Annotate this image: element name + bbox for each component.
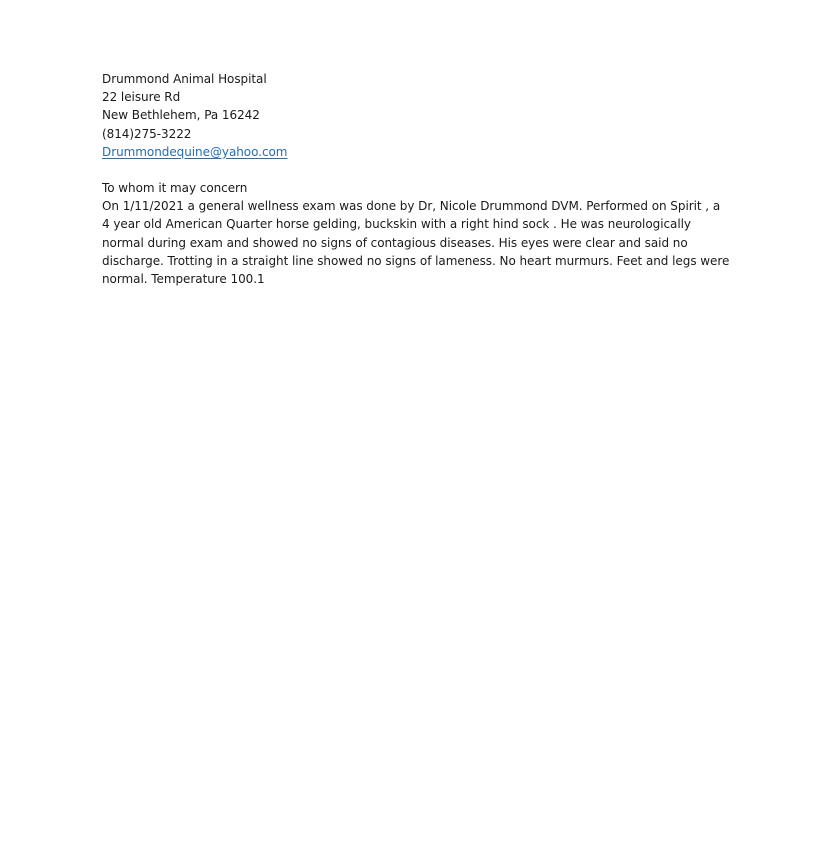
phone-number: (814)275-3222 [102,125,742,143]
letter-page: Drummond Animal Hospital 22 leisure Rd N… [102,70,742,288]
body-line: On 1/11/2021 a general wellness exam was… [102,197,742,215]
city-state-zip: New Bethlehem, Pa 16242 [102,106,742,124]
body-line: discharge. Trotting in a straight line s… [102,252,742,270]
street-address: 22 leisure Rd [102,88,742,106]
hospital-name: Drummond Animal Hospital [102,70,742,88]
spacer [102,161,742,179]
letter-body: On 1/11/2021 a general wellness exam was… [102,197,742,288]
body-line: normal. Temperature 100.1 [102,270,742,288]
body-line: 4 year old American Quarter horse geldin… [102,215,742,233]
email-link[interactable]: Drummondequine@yahoo.com [102,145,287,159]
body-line: normal during exam and showed no signs o… [102,234,742,252]
salutation: To whom it may concern [102,179,742,197]
